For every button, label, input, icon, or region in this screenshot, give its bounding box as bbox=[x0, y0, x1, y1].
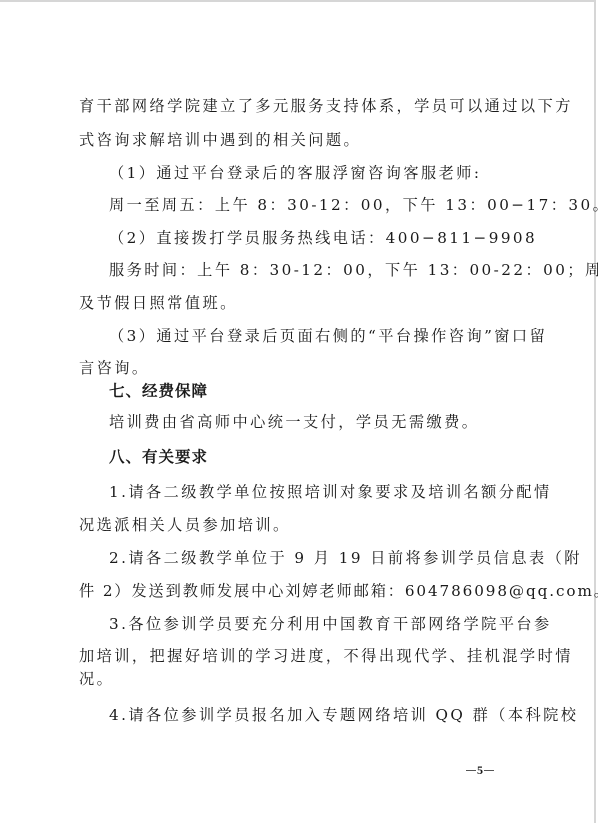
section-heading-funding: 七、经费保障 bbox=[109, 381, 208, 401]
paragraph-line: （3）通过平台登录后页面右侧的“平台操作咨询”窗口留 bbox=[109, 326, 547, 346]
page-number-dash-left bbox=[466, 770, 476, 771]
requirement-item-line: 件 2）发送到教师发展中心刘婷老师邮箱：604786098@qq.com。 bbox=[79, 581, 598, 601]
paragraph-line: 育干部网络学院建立了多元服务支持体系，学员可以通过以下方 bbox=[79, 96, 573, 116]
page-number-value: 5 bbox=[476, 763, 484, 778]
requirement-item-line: 4.请各位参训学员报名加入专题网络培训 QQ 群（本科院校 bbox=[109, 705, 578, 725]
paragraph-line: 言咨询。 bbox=[79, 358, 150, 378]
section-heading-requirements: 八、有关要求 bbox=[109, 447, 208, 467]
paragraph-line: （2）直接拨打学员服务热线电话：400−811−9908 bbox=[109, 228, 537, 248]
paragraph-line: 式咨询求解培训中遇到的相关问题。 bbox=[79, 130, 361, 150]
requirement-item-line: 况选派相关人员参加培训。 bbox=[79, 515, 291, 535]
paragraph-line: 服务时间：上午 8：30-12：00，下午 13：00-22：00；周末 bbox=[109, 260, 598, 280]
requirement-item-line: 加培训，把握好培训的学习进度，不得出现代学、挂机混学时情 bbox=[79, 646, 573, 666]
paragraph-line: （1）通过平台登录后的客服浮窗咨询客服老师: bbox=[109, 163, 481, 183]
document-page: 育干部网络学院建立了多元服务支持体系，学员可以通过以下方 式咨询求解培训中遇到的… bbox=[0, 0, 596, 823]
requirement-item-line: 2.请各二级教学单位于 9 月 19 日前将参训学员信息表（附 bbox=[109, 548, 582, 568]
section-body-funding: 培训费由省高师中心统一支付，学员无需缴费。 bbox=[109, 412, 479, 432]
requirement-item-line: 况。 bbox=[79, 669, 114, 689]
paragraph-line: 周一至周五：上午 8：30-12：00，下午 13：00−17：30。 bbox=[109, 195, 598, 215]
paragraph-line: 及节假日照常值班。 bbox=[79, 293, 238, 313]
requirement-item-line: 3.各位参训学员要充分利用中国教育干部网络学院平台参 bbox=[109, 614, 552, 634]
page-number: 5 bbox=[466, 763, 494, 778]
page-number-dash-right bbox=[484, 770, 494, 771]
requirement-item-line: 1.请各二级教学单位按照培训对象要求及培训名额分配情 bbox=[109, 482, 552, 502]
